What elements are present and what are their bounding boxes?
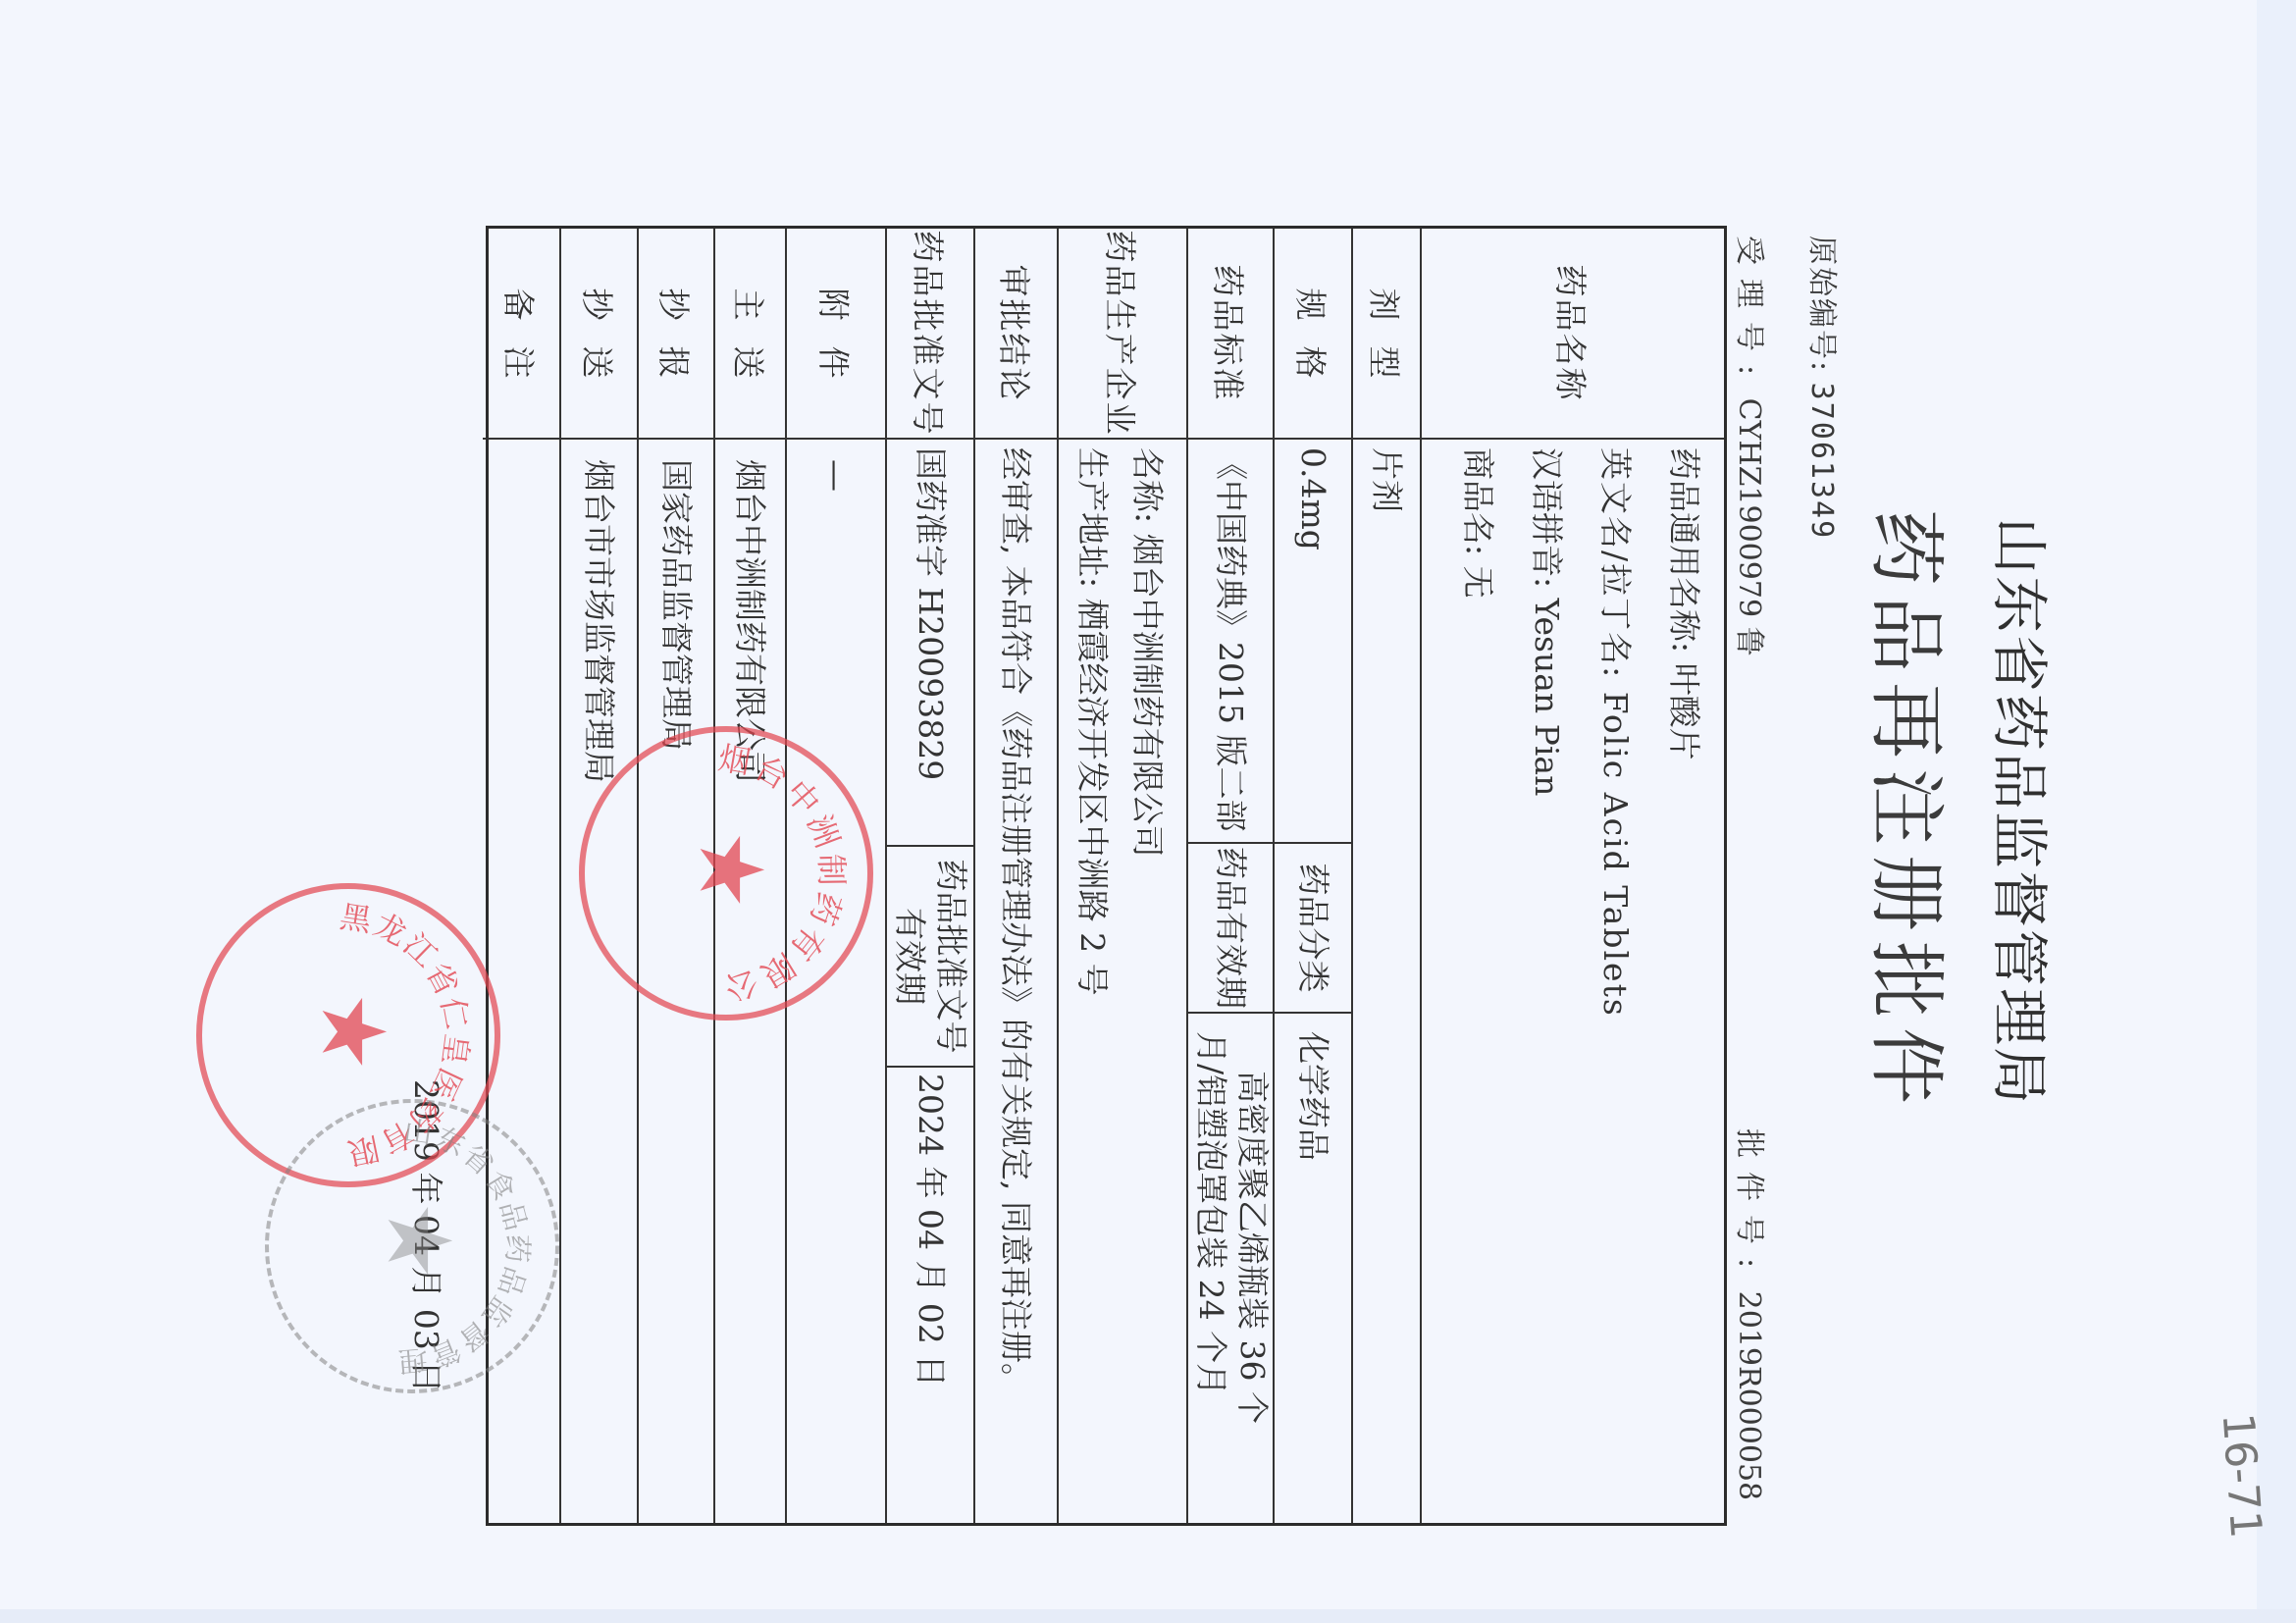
row-specification: 规格 0.4mg 药品分类 化学药品 xyxy=(1273,229,1351,1523)
manufacturer-address: 生产地址: 栖霞经济开发区中洲路 2 号 xyxy=(1065,447,1120,1523)
generic-name: 药品通用名称: 叶酸片 xyxy=(1649,447,1718,1523)
svg-text:山东省食品药品监督管理局: 山东省食品药品监督管理局 xyxy=(395,1103,555,1379)
label-approval-doc: 药品批准文号 xyxy=(887,229,973,440)
seal-ring-text: 山东省食品药品监督管理局 xyxy=(269,1103,555,1389)
label-shelf-life: 药品有效期 xyxy=(1188,842,1273,1014)
label-drug-name: 药品名称 xyxy=(1422,229,1724,440)
document-page: 16-71 山东省药品监督管理局 药品再注册批件 原始编号: 37061349 … xyxy=(0,0,2296,1623)
row-standard: 药品标准 《中国药典》2015 版二部 药品有效期 高密度聚乙烯瓶装 36 个 … xyxy=(1186,229,1273,1523)
manufacturer-name: 名称: 烟台中洲制药有限公司 xyxy=(1120,447,1174,1523)
value-drug-category: 化学药品 xyxy=(1275,1014,1351,1523)
label-copy-to: 抄送 xyxy=(561,229,637,440)
agency-seal-stamp: ★ 山东省食品药品监督管理局 xyxy=(265,1099,559,1393)
document-title: 药品再注册批件 xyxy=(1857,0,1967,1623)
original-number-value: 37061349 xyxy=(1804,383,1839,541)
label-dosage-form: 剂型 xyxy=(1353,229,1420,440)
shelf-life-line-2: 月/铝塑泡罩包装 24 个月 xyxy=(1190,1031,1231,1523)
value-manufacturer: 名称: 烟台中洲制药有限公司 生产地址: 栖霞经济开发区中洲路 2 号 xyxy=(1059,440,1186,1523)
label-drug-category: 药品分类 xyxy=(1275,842,1351,1014)
value-shelf-life: 高密度聚乙烯瓶装 36 个 月/铝塑泡罩包装 24 个月 xyxy=(1188,1014,1273,1523)
row-dosage-form: 剂型 片剂 xyxy=(1351,229,1420,1523)
value-drug-name: 药品通用名称: 叶酸片 英文名/拉丁名: Folic Acid Tablets … xyxy=(1422,440,1724,1523)
label-standard: 药品标准 xyxy=(1188,229,1273,440)
value-dosage-form: 片剂 xyxy=(1353,440,1420,1523)
acceptance-number-value: CYHZ1900979 鲁 xyxy=(1732,398,1766,656)
english-name: 英文名/拉丁名: Folic Acid Tablets xyxy=(1581,447,1649,1523)
label-attachment: 附件 xyxy=(787,229,885,440)
label-conclusion: 审批结论 xyxy=(975,229,1057,440)
value-approval-doc: 国药准字 H20093829 xyxy=(887,440,973,836)
original-number-label: 原始编号: xyxy=(1804,236,1839,373)
row-manufacturer: 药品生产企业 名称: 烟台中洲制药有限公司 生产地址: 栖霞经济开发区中洲路 2… xyxy=(1057,229,1186,1523)
approval-number-label: 批件号: xyxy=(1732,1128,1766,1282)
approval-validity-line-1: 药品批准文号 xyxy=(930,860,971,1054)
value-approval-validity: 2024 年 04 月 02 日 xyxy=(887,1068,973,1523)
approval-number: 批件号: 2019R000058 xyxy=(1731,1128,1774,1500)
value-specification: 0.4mg xyxy=(1275,440,1351,836)
approval-validity-line-2: 有效期 xyxy=(889,908,930,1005)
row-drug-name: 药品名称 药品通用名称: 叶酸片 英文名/拉丁名: Folic Acid Tab… xyxy=(1420,229,1724,1523)
row-approval-doc: 药品批准文号 国药准字 H20093829 药品批准文号 有效期 2024 年 … xyxy=(885,229,973,1523)
company-seal-stamp: ★ 烟台中洲制药有限公司 xyxy=(579,726,873,1021)
pinyin-name: 汉语拼音: Yesuan Pian xyxy=(1512,447,1581,1523)
label-send-to: 主送 xyxy=(715,229,785,440)
value-conclusion: 经审查, 本品符合《药品注册管理办法》的有关规定, 同意再注册。 xyxy=(975,440,1057,1523)
label-remarks: 备注 xyxy=(483,229,559,440)
handwritten-note: 16-71 xyxy=(2213,1411,2271,1540)
trade-name: 商品名: 无 xyxy=(1443,447,1512,1523)
label-approval-validity: 药品批准文号 有效期 xyxy=(887,845,973,1068)
original-number: 原始编号: 37061349 xyxy=(1803,236,1847,540)
row-conclusion: 审批结论 经审查, 本品符合《药品注册管理办法》的有关规定, 同意再注册。 xyxy=(973,229,1057,1523)
label-manufacturer: 药品生产企业 xyxy=(1059,229,1186,440)
label-specification: 规格 xyxy=(1275,229,1351,440)
label-report-to: 抄报 xyxy=(639,229,713,440)
shelf-life-line-1: 高密度聚乙烯瓶装 36 个 xyxy=(1231,1031,1273,1523)
svg-text:烟台中洲制药有限公司: 烟台中洲制药有限公司 xyxy=(715,732,867,1007)
acceptance-number-label: 受理号: xyxy=(1732,236,1766,389)
approval-number-value: 2019R000058 xyxy=(1732,1291,1766,1500)
value-standard: 《中国药典》2015 版二部 xyxy=(1188,440,1273,836)
acceptance-number: 受理号: CYHZ1900979 鲁 xyxy=(1731,236,1774,656)
seal-ring-text: 烟台中洲制药有限公司 xyxy=(585,732,867,1015)
issuing-agency: 山东省药品监督管理局 xyxy=(1983,0,2065,1623)
